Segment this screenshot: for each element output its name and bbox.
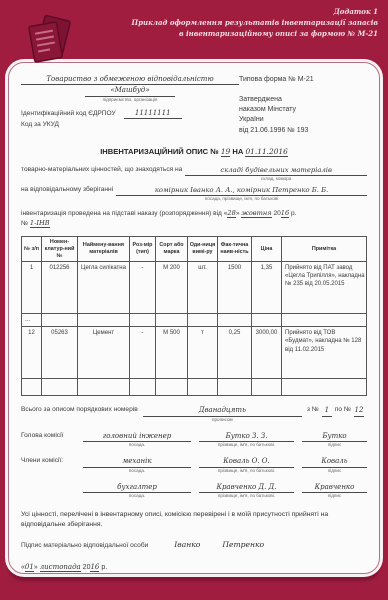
cell-material: Цегла силікатна (78, 262, 130, 314)
order-label: інвентаризація проведена на підставі нак… (21, 210, 222, 217)
cell-nomenclature (42, 379, 78, 396)
date-line: «01» листопада 2016 р. (21, 563, 367, 572)
cell-nomenclature: 05263 (42, 327, 78, 379)
cell-quantity: 1500 (218, 262, 252, 314)
cell-price (252, 379, 282, 396)
cell-price: 1,35 (252, 262, 282, 314)
verification-note: Усі цінності, перелічені в інвентарному … (21, 510, 367, 530)
cell-grade (156, 314, 188, 327)
totals-label: Всього за описом порядкових номерів (21, 406, 138, 415)
member-position: бухгалтер (83, 483, 191, 493)
cell-material (78, 379, 130, 396)
date-month: листопада (40, 563, 81, 572)
cell-size (130, 314, 156, 327)
totals-from-value: 1 (322, 406, 332, 416)
company-caption: підприємство, організація (21, 97, 239, 103)
order-line: інвентаризація проведена на підставі нак… (21, 209, 367, 229)
signature-ivanko: Іванко (174, 540, 200, 550)
cell-remark (282, 314, 367, 327)
responsible-person-label: Підпис матеріально відповідальної особи (21, 542, 148, 551)
name-caption: прізвище, ім'я, по батькові. (199, 493, 294, 499)
custody-caption: посада, прізвище, ім'я, по батькові (116, 196, 367, 202)
order-year-static: 20 (273, 210, 280, 217)
order-year-suffix: р. (291, 210, 297, 217)
totals-caption: прописом (143, 417, 302, 423)
position-caption: посада. (83, 493, 191, 499)
date-year-written: 16 (90, 563, 99, 572)
cell-quantity (218, 314, 252, 327)
ukud-label: Код за УКУД (21, 121, 239, 130)
cell-remark (282, 379, 367, 396)
col-header-remark: Примітка (282, 237, 367, 262)
responsible-person-line: Підпис матеріально відповідальної особи … (21, 540, 367, 551)
cell-price (252, 314, 282, 327)
totals-to-label: по № (335, 406, 351, 415)
approval-block: Типова форма № М-21 Затверджена наказом … (239, 75, 367, 136)
col-header-size: Роз-мір (тип) (130, 237, 156, 262)
order-day: 28 (227, 209, 235, 218)
cell-nomenclature (42, 314, 78, 327)
custody-value: комірник Іванко А. А., комірник Петренко… (116, 186, 367, 196)
order-year-written: 16 (281, 209, 289, 218)
table-row-ellipsis: ... (22, 314, 367, 327)
cell-size: - (130, 327, 156, 379)
title-prefix: ІНВЕНТАРИЗАЦІЙНИЙ ОПИС № (100, 147, 219, 156)
head-signature: Бутко (302, 432, 367, 442)
cell-unit (188, 379, 218, 396)
signature-caption: підпис (302, 468, 367, 474)
cell-index: 1 (22, 262, 42, 314)
cell-index (22, 379, 42, 396)
goods-value: складі будівельних матеріалів (185, 166, 367, 176)
order-month: жовтня (241, 209, 271, 218)
col-header-index: № з/п (22, 237, 42, 262)
edrpou-label: Ідентифікаційний код ЄДРПОУ (21, 110, 116, 117)
form-header: Товариство з обмеженою відповідальністю … (21, 75, 367, 136)
title-number: 19 (221, 147, 230, 157)
goods-label: товарно-матеріальних цінностей, що знахо… (21, 166, 185, 175)
form-type: Типова форма № М-21 (239, 75, 367, 85)
cell-material: Цемент (78, 327, 130, 379)
position-caption: посада. (83, 468, 191, 474)
col-header-nomenclature: Номен-клатур-ний № (42, 237, 78, 262)
company-name-line1: Товариство з обмеженою відповідальністю (21, 75, 239, 85)
cell-size (130, 379, 156, 396)
table-header-row: № з/п Номен-клатур-ний № Наймену-вання м… (22, 237, 367, 262)
cell-unit: шт. (188, 262, 218, 314)
committee-members-label: Члени комісії: (21, 457, 83, 466)
approval-line2: наказом Мінстату (239, 105, 367, 115)
name-caption: прізвище, ім'я, по батькові. (199, 442, 294, 448)
edrpou-value: 11111111 (124, 109, 182, 119)
totals-from-label: з № (307, 406, 319, 415)
custody-label: на відповідальному зберіганні (21, 186, 116, 195)
goods-line: товарно-матеріальних цінностей, що знахо… (21, 166, 367, 182)
custody-line: на відповідальному зберіганні комірник І… (21, 186, 367, 202)
approval-text: Затверджена наказом Мінстату України від… (239, 95, 367, 136)
table-row-empty (22, 379, 367, 396)
order-num-value: 1-ІНВ (30, 219, 50, 228)
signature-petrenko: Петренко (222, 540, 264, 550)
cell-remark: Прийнято від ТОВ «Будмат», накладна № 12… (282, 327, 367, 379)
annex-header: Додаток 1 Приклад оформлення результатів… (132, 6, 378, 39)
head-position: головний інженер (83, 432, 191, 442)
member-name: Кравченко Д. Д. (199, 483, 294, 493)
date-close-quote: » (34, 564, 38, 571)
col-header-unit: Оди-ниця вимі-ру (188, 237, 218, 262)
edrpou-line: Ідентифікаційний код ЄДРПОУ11111111 (21, 109, 239, 119)
cell-quantity: 0,25 (218, 327, 252, 379)
cell-unit: т (188, 327, 218, 379)
company-block: Товариство з обмеженою відповідальністю … (21, 75, 239, 136)
date-suffix: р. (101, 564, 107, 571)
title-date: 01.11.2016 (245, 147, 287, 157)
col-header-price: Ціна (252, 237, 282, 262)
totals-line: Всього за описом порядкових номерів Дван… (21, 406, 367, 422)
head-name: Бутко З. З. (199, 432, 294, 442)
order-num-label: № (21, 220, 28, 227)
signature-caption: підпис (302, 442, 367, 448)
signature-caption: підпис (302, 493, 367, 499)
cell-price: 3000,00 (252, 327, 282, 379)
company-name-line2: «Машбуд» (85, 86, 175, 96)
member-name: Коваль О. О. (199, 457, 294, 467)
col-header-material: Наймену-вання матеріалів (78, 237, 130, 262)
committee-member-row: бухгалтер посада. Кравченко Д. Д. прізви… (21, 483, 367, 499)
committee-head-row: Голова комісії головний інженер посада. … (21, 432, 367, 448)
cell-grade: М 200 (156, 262, 188, 314)
member-position: механік (83, 457, 191, 467)
cell-remark: Прийнято від ПАТ завод «Цегла Трипілля»,… (282, 262, 367, 314)
totals-value: Дванадцять (143, 406, 302, 416)
table-row: 1 012256 Цегла силікатна - М 200 шт. 150… (22, 262, 367, 314)
member-signature: Коваль (302, 457, 367, 467)
annex-title-line2: в інвентаризаційному описі за формою № М… (132, 28, 378, 39)
cell-index: 12 (22, 327, 42, 379)
form-card: Товариство з обмеженою відповідальністю … (8, 62, 380, 574)
cell-nomenclature: 012256 (42, 262, 78, 314)
table-row: 12 05263 Цемент - М 500 т 0,25 3000,00 П… (22, 327, 367, 379)
annex-number: Додаток 1 (132, 6, 378, 17)
date-day: 01 (25, 563, 34, 572)
committee-head-label: Голова комісії (21, 432, 83, 441)
cell-material (78, 314, 130, 327)
documents-icon (20, 12, 78, 72)
totals-to-value: 12 (354, 406, 364, 416)
goods-caption: склад, комора (185, 176, 367, 182)
committee-member-row: Члени комісії: механік посада. Коваль О.… (21, 457, 367, 473)
col-header-grade: Сорт або марка (156, 237, 188, 262)
col-header-quantity: Фак-тична наяв-ність (218, 237, 252, 262)
cell-quantity (218, 379, 252, 396)
title-middle: НА (232, 147, 243, 156)
order-close-quote: » (236, 210, 240, 217)
cell-grade (156, 379, 188, 396)
cell-size: - (130, 262, 156, 314)
approval-line4: від 21.06.1996 № 193 (239, 126, 367, 136)
cell-grade: М 500 (156, 327, 188, 379)
document-title: ІНВЕНТАРИЗАЦІЙНИЙ ОПИС № 19 НА 01.11.201… (21, 147, 367, 157)
annex-title-line1: Приклад оформлення результатів інвентари… (132, 17, 378, 28)
approval-line3: України (239, 115, 367, 125)
inventory-table: № з/п Номен-клатур-ний № Наймену-вання м… (21, 236, 367, 396)
cell-unit (188, 314, 218, 327)
cell-index: ... (22, 314, 42, 327)
approval-line1: Затверджена (239, 95, 367, 105)
member-signature: Кравченко (302, 483, 367, 493)
name-caption: прізвище, ім'я, по батькові. (199, 468, 294, 474)
position-caption: посада. (83, 442, 191, 448)
